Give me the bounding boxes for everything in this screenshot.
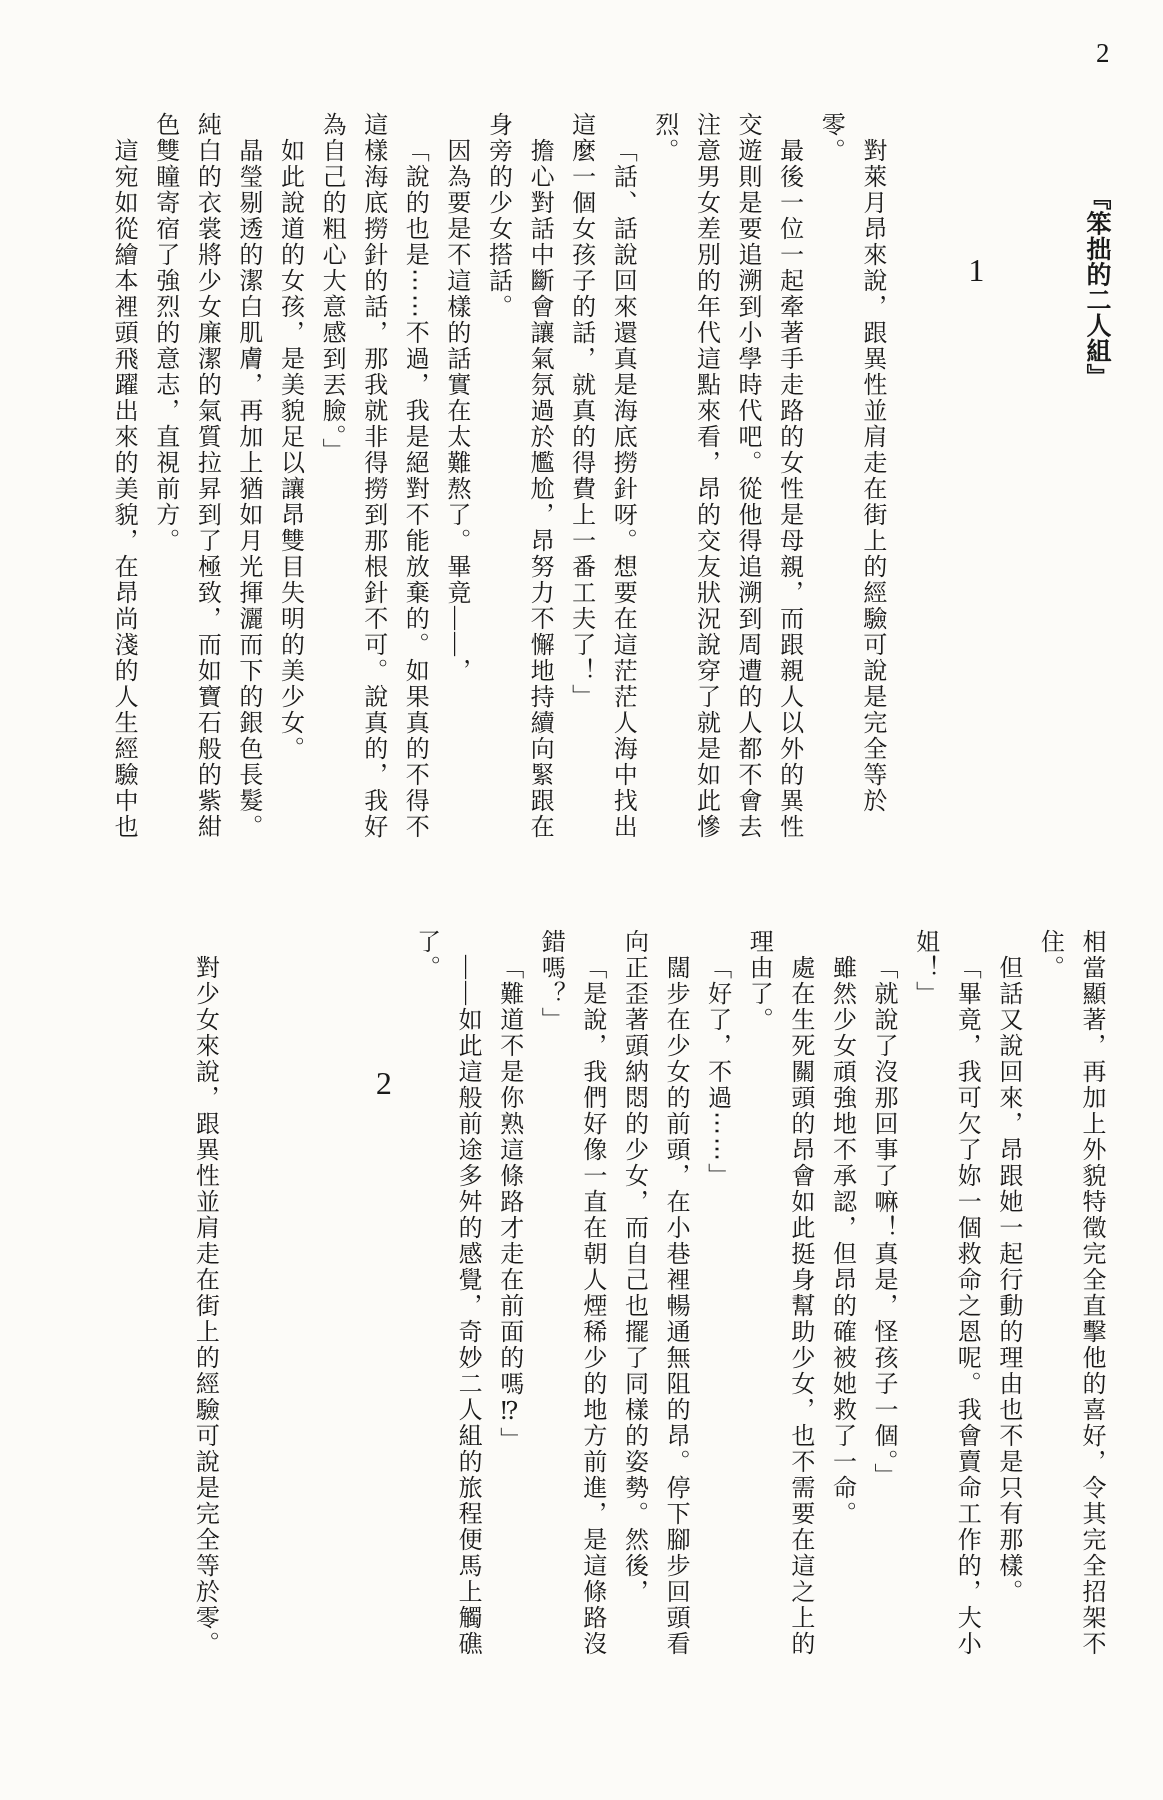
text-column: 「話、話說回來還真是海底撈針呀。想要在這茫茫人海中找出 — [601, 112, 643, 858]
page-number: 2 — [1096, 38, 1110, 69]
text-column: 「說的也是⋯⋯不過，我是絕對不能放棄的。如果真的不得不 — [393, 112, 435, 858]
book-page: 2 『笨拙的二人組』 1 對萊月昂來說，跟異性並肩走在街上的經驗可說是完全等於 … — [0, 0, 1163, 1800]
text-column: 對萊月昂來說，跟異性並肩走在街上的經驗可說是完全等於 — [850, 112, 892, 858]
text-column: 闊步在少女的前頭，在小巷裡暢通無阻的昂。停下腳步回頭看 — [653, 929, 695, 1660]
text-column: 這樣海底撈針的話，那我就非得撈到那根針不可。說真的，我好 — [351, 112, 393, 858]
text-column: 色雙瞳寄宿了強烈的意志，直視前方。 — [143, 112, 185, 858]
text-column: 「好了，不過⋯⋯」 — [695, 929, 737, 1660]
text-column: 相當顯著，再加上外貌特徵完全直擊他的喜好，令其完全招架不 — [1069, 929, 1111, 1660]
text-column: 擔心對話中斷會讓氣氛過於尷尬，昂努力不懈地持續向緊跟在 — [517, 112, 559, 858]
section-1-continued-and-section-2: 相當顯著，再加上外貌特徵完全直擊他的喜好，令其完全招架不 住。 但話又說回來，昂… — [102, 929, 1111, 1660]
text-column: 向正歪著頭納悶的少女，而自己也擺了同樣的姿勢。然後， — [612, 929, 654, 1660]
text-column: 這宛如從繪本裡頭飛躍出來的美貌，在昂尚淺的人生經驗中也 — [102, 112, 144, 858]
text-column: 「難道不是你熟這條路才走在前面的嗎⁉」 — [487, 929, 529, 1660]
text-column: 錯嗎？」 — [529, 929, 571, 1660]
chapter-title: 『笨拙的二人組』 — [1075, 112, 1117, 931]
text-column: 「是說，我們好像一直在朝人煙稀少的地方前進，是這條路沒 — [570, 929, 612, 1660]
text-column: 為自己的粗心大意感到丟臉。」 — [310, 112, 352, 858]
text-column: 因為要是不這樣的話實在太難熬了。畢竟——， — [434, 112, 476, 858]
text-column: 如此說道的女孩，是美貌足以讓昂雙目失明的美少女。 — [268, 112, 310, 858]
text-column: ——如此這般前途多舛的感覺，奇妙二人組的旅程便馬上觸礁 — [446, 929, 488, 1660]
section-1-number: 1 — [955, 112, 997, 998]
text-column: 「就說了沒那回事了嘛！真是，怪孩子一個。」 — [861, 929, 903, 1660]
text-column: 零。 — [809, 112, 851, 858]
text-column: 了。 — [404, 929, 446, 1660]
text-column: 身旁的少女搭話。 — [476, 112, 518, 858]
text-column: 處在生死關頭的昂會如此挺身幫助少女，也不需要在這之上的 — [778, 929, 820, 1660]
section-1: 『笨拙的二人組』 1 對萊月昂來說，跟異性並肩走在街上的經驗可說是完全等於 零。… — [102, 112, 1117, 858]
text-column: 晶瑩剔透的潔白肌膚，再加上猶如月光揮灑而下的銀色長髮。 — [226, 112, 268, 858]
text-column: 對少女來說，跟異性並肩走在街上的經驗可說是完全等於零。 — [183, 929, 225, 1660]
text-column: 但話又說回來，昂跟她一起行動的理由也不是只有那樣。 — [986, 929, 1028, 1660]
text-column: 理由了。 — [737, 929, 779, 1660]
text-column: 烈。 — [642, 112, 684, 858]
text-column: 最後一位一起牽著手走路的女性是母親，而跟親人以外的異性 — [767, 112, 809, 858]
text-column: 這麼一個女孩子的話，就真的得費上一番工夫了！」 — [559, 112, 601, 858]
text-column: 「畢竟，我可欠了妳一個救命之恩呢。我會賣命工作的，大小 — [945, 929, 987, 1660]
text-column: 姐！」 — [903, 929, 945, 1660]
section-2-number: 2 — [362, 929, 404, 1796]
text-column: 住。 — [1028, 929, 1070, 1660]
text-column: 雖然少女頑強地不承認，但昂的確被她救了一命。 — [820, 929, 862, 1660]
text-column: 純白的衣裳將少女廉潔的氣質拉昇到了極致，而如寶石般的紫紺 — [185, 112, 227, 858]
text-column: 交遊則是要追溯到小學時代吧。從他得追溯到周遭的人都不會去 — [725, 112, 767, 858]
text-column: 注意男女差別的年代這點來看，昂的交友狀況說穿了就是如此慘 — [684, 112, 726, 858]
